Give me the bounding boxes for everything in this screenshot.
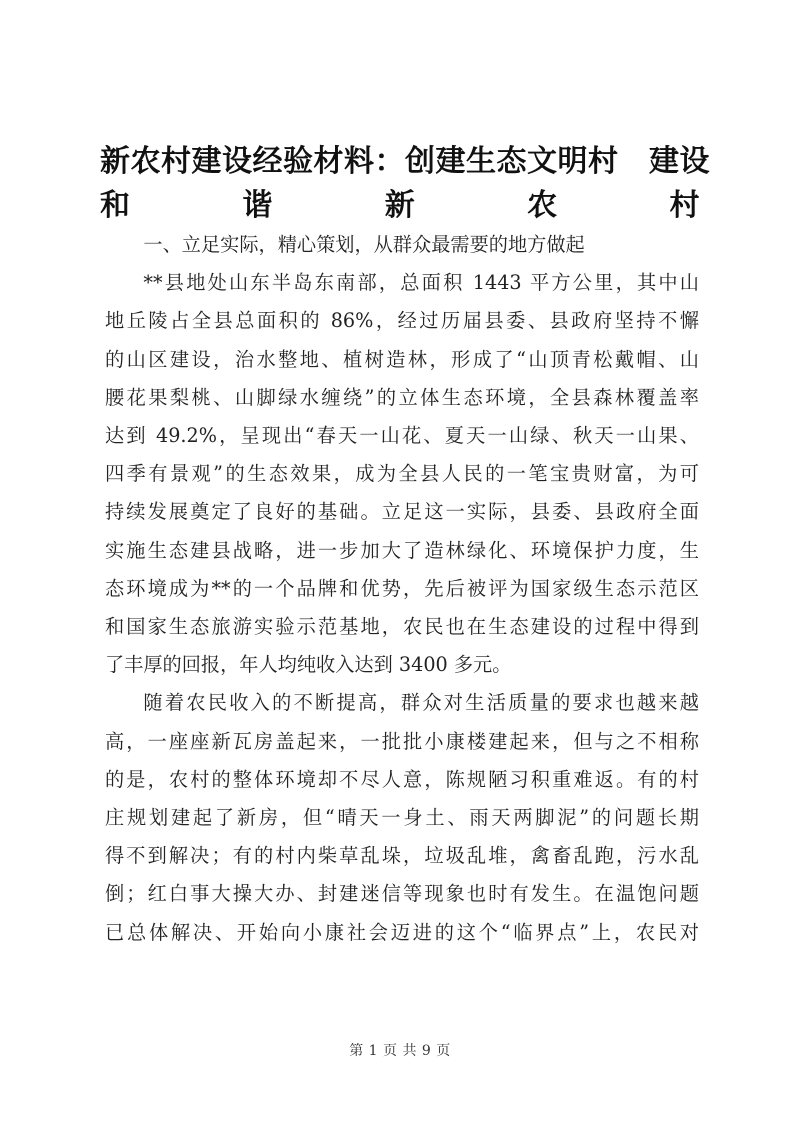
paragraph-line: 和国家生态旅游实验示范基地，农民也在生态建设的过程中得到 (105, 608, 699, 646)
document-body: 一、立足实际，精心策划，从群众最需要的地方做起 **县地处山东半岛东南部，总面积… (105, 226, 699, 952)
paragraph-line: 实施生态建县战略，进一步加大了造林绿化、环境保护力度，生 (105, 532, 699, 570)
paragraph-line: 的山区建设，治水整地、植树造林，形成了“山顶青松戴帽、山 (105, 341, 699, 379)
document-title: 新农村建设经验材料：创建生态文明村 建设 和谐新农村 (100, 140, 700, 228)
paragraph-line: 持续发展奠定了良好的基础。立足这一实际，县委、县政府全面 (105, 493, 699, 531)
paragraph-line: 态环境成为**的一个品牌和优势，先后被评为国家级生态示范区 (105, 570, 699, 608)
paragraph-line: 四季有景观”的生态效果，成为全县人民的一笔宝贵财富，为可 (105, 455, 699, 493)
paragraph-line: 达到 49.2%，呈现出“春天一山花、夏天一山绿、秋天一山果、 (105, 417, 699, 455)
paragraph-2: 随着农民收入的不断提高，群众对生活质量的要求也越来越 高，一座座新瓦房盖起来，一… (105, 684, 699, 951)
paragraph-line: 随着农民收入的不断提高，群众对生活质量的要求也越来越 (105, 684, 699, 722)
paragraph-line: **县地处山东半岛东南部，总面积 1443 平方公里，其中山 (105, 264, 699, 302)
section-heading-text: 一、立足实际，精心策划，从群众最需要的地方做起 (105, 226, 699, 264)
paragraph-1: **县地处山东半岛东南部，总面积 1443 平方公里，其中山 地丘陵占全县总面积… (105, 264, 699, 684)
paragraph-line: 了丰厚的回报，年人均纯收入达到 3400 多元。 (105, 646, 699, 684)
document-page: 新农村建设经验材料：创建生态文明村 建设 和谐新农村 一、立足实际，精心策划，从… (0, 0, 800, 1132)
paragraph-line: 腰花果梨桃、山脚绿水缠绕”的立体生态环境，全县森林覆盖率 (105, 379, 699, 417)
paragraph-line: 已总体解决、开始向小康社会迈进的这个“临界点”上，农民对 (105, 914, 699, 952)
title-line-1: 新农村建设经验材料：创建生态文明村 建设 (100, 140, 700, 184)
paragraph-line: 的是，农村的整体环境却不尽人意，陈规陋习积重难返。有的村 (105, 761, 699, 799)
page-footer: 第 1 页 共 9 页 (0, 1040, 800, 1060)
paragraph-line: 庄规划建起了新房，但“晴天一身土、雨天两脚泥”的问题长期 (105, 799, 699, 837)
section-heading: 一、立足实际，精心策划，从群众最需要的地方做起 (105, 226, 699, 264)
paragraph-line: 高，一座座新瓦房盖起来，一批批小康楼建起来，但与之不相称 (105, 723, 699, 761)
paragraph-line: 得不到解决；有的村内柴草乱垛，垃圾乱堆，禽畜乱跑，污水乱 (105, 837, 699, 875)
paragraph-line: 地丘陵占全县总面积的 86%，经过历届县委、县政府坚持不懈 (105, 302, 699, 340)
title-line-2: 和谐新农村 (100, 184, 700, 228)
paragraph-line: 倒；红白事大操大办、封建迷信等现象也时有发生。在温饱问题 (105, 875, 699, 913)
